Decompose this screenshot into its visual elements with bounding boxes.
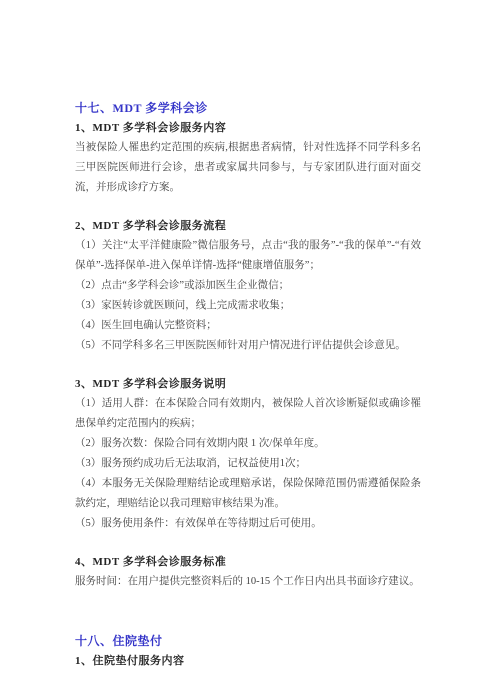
paragraph: （2）服务次数：保险合同有效期内限 1 次/保单年度。	[75, 434, 421, 454]
paragraph: （5）不同学科多名三甲医院医师针对用户情况进行评估提供会诊意见。	[75, 336, 421, 356]
content-block-service-process: 2、MDT 多学科会诊服务流程 （1）关注“太平洋健康险”微信服务号，点击“我的…	[75, 216, 421, 356]
paragraph: （2）点击“多学科会诊”或添加医生企业微信；	[75, 276, 421, 296]
paragraph: （5）服务使用条件：有效保单在等待期过后可使用。	[75, 514, 421, 534]
paragraph: （3）服务预约成功后无法取消，记权益使用1次；	[75, 454, 421, 474]
paragraph: （4）医生回电确认完整资料；	[75, 316, 421, 336]
paragraph: （1）适用人群：在本保险合同有效期内，被保险人首次诊断疑似或确诊罹患保单约定范围…	[75, 394, 421, 434]
document-body: 十七、MDT 多学科会诊 1、MDT 多学科会诊服务内容 当被保险人罹患约定范围…	[75, 98, 421, 671]
content-block-service-notes: 3、MDT 多学科会诊服务说明 （1）适用人群：在本保险合同有效期内，被保险人首…	[75, 374, 421, 534]
paragraph: （4）本服务无关保险理赔结论或理赔承诺，保险保障范围仍需遵循保险条款约定，理赔结…	[75, 474, 421, 514]
section-heading: 十八、住院垫付	[75, 631, 421, 651]
section-18-hospitalization-advance: 十八、住院垫付 1、住院垫付服务内容	[75, 631, 421, 671]
block-subheading: 4、MDT 多学科会诊服务标准	[75, 552, 421, 572]
block-subheading: 1、住院垫付服务内容	[75, 651, 421, 671]
content-block-service-content: 1、住院垫付服务内容	[75, 651, 421, 671]
section-heading: 十七、MDT 多学科会诊	[75, 98, 421, 118]
paragraph: 服务时间：在用户提供完整资料后的 10-15 个工作日内出具书面诊疗建议。	[75, 572, 421, 592]
block-subheading: 3、MDT 多学科会诊服务说明	[75, 374, 421, 394]
content-block-service-standard: 4、MDT 多学科会诊服务标准 服务时间：在用户提供完整资料后的 10-15 个…	[75, 552, 421, 592]
paragraph: 当被保险人罹患约定范围的疾病,根据患者病情，针对性选择不同学科多名三甲医院医师进…	[75, 138, 421, 198]
block-subheading: 1、MDT 多学科会诊服务内容	[75, 118, 421, 138]
content-block-service-content: 1、MDT 多学科会诊服务内容 当被保险人罹患约定范围的疾病,根据患者病情，针对…	[75, 118, 421, 198]
document-page: 十七、MDT 多学科会诊 1、MDT 多学科会诊服务内容 当被保险人罹患约定范围…	[0, 0, 495, 700]
paragraph: （1）关注“太平洋健康险”微信服务号，点击“我的服务”-“我的保单”-“有效保单…	[75, 236, 421, 276]
section-17-mdt: 十七、MDT 多学科会诊 1、MDT 多学科会诊服务内容 当被保险人罹患约定范围…	[75, 98, 421, 592]
paragraph: （3）家医转诊就医顾问，线上完成需求收集；	[75, 296, 421, 316]
block-subheading: 2、MDT 多学科会诊服务流程	[75, 216, 421, 236]
